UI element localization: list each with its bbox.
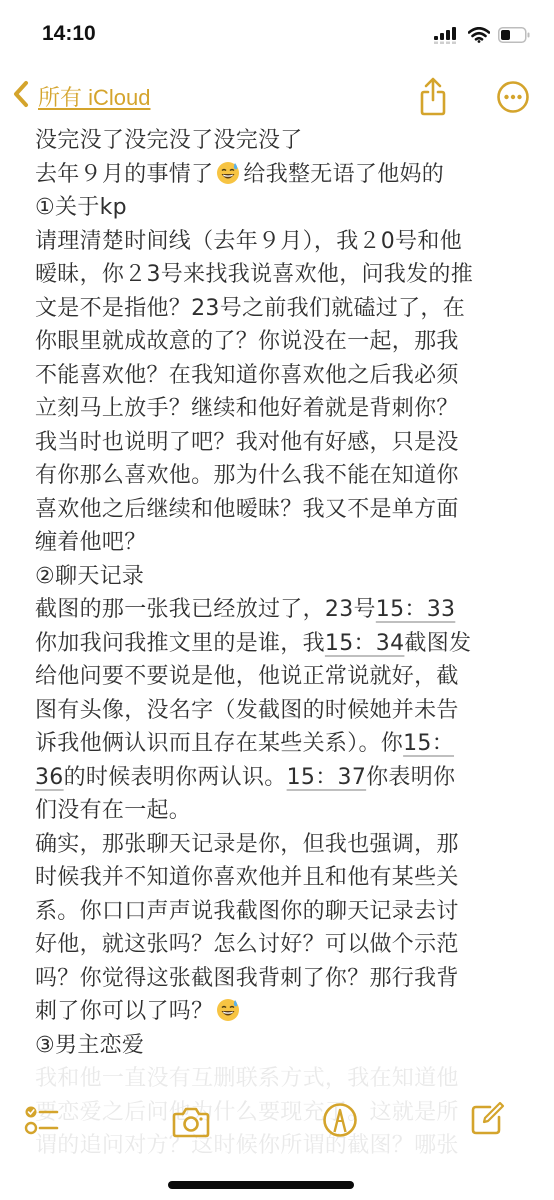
note-line: 缠着他吧？ bbox=[35, 526, 535, 560]
note-line: 喜欢他之后继续和他暧昧？我又不是单方面 bbox=[35, 493, 535, 527]
back-label: 所有 iCloud bbox=[38, 81, 150, 112]
note-line: 图有头像，没名字（发截图的时候她并未告 bbox=[35, 694, 535, 728]
note-text: 去年９月的事情了 bbox=[35, 162, 213, 187]
note-line: 刺了你可以了吗？ bbox=[35, 995, 535, 1029]
section-heading-1: ①关于kp bbox=[35, 191, 535, 225]
note-line: 你加我问我推文里的是谁，我15：34截图发 bbox=[35, 627, 535, 661]
markup-icon[interactable] bbox=[322, 1102, 358, 1142]
note-text: 的时候表明你两认识。 bbox=[64, 765, 287, 790]
note-text: 诉我他俩认识而且存在某些关系）。你 bbox=[35, 731, 403, 756]
note-line: 36的时候表明你两认识。15：37你表明你 bbox=[35, 761, 535, 795]
bottom-toolbar bbox=[0, 1100, 554, 1160]
note-line: 确实，那张聊天记录是你，但我也强调，那 bbox=[35, 828, 535, 862]
status-bar: 14:10 bbox=[0, 0, 554, 60]
checklist-icon[interactable] bbox=[24, 1104, 60, 1142]
note-line: 你眼里就成故意的了？你说没在一起，那我 bbox=[35, 325, 535, 359]
note-line: 暧昧，你２3号来找我说喜欢他，问我发的推 bbox=[35, 258, 535, 292]
note-line: 系。你口口声声说我截图你的聊天记录去讨 bbox=[35, 895, 535, 929]
battery-icon bbox=[498, 27, 530, 47]
section-heading-2: ②聊天记录 bbox=[35, 560, 535, 594]
note-text: 你表明你 bbox=[366, 765, 455, 790]
more-options-icon[interactable] bbox=[496, 80, 530, 118]
time-link[interactable]: 15：34 bbox=[325, 631, 405, 656]
note-line: 吗？你觉得这张截图我背刺了你？那行我背 bbox=[35, 962, 535, 996]
share-icon[interactable] bbox=[418, 76, 448, 120]
note-line: 给他问要不要说是他，他说正常说就好，截 bbox=[35, 660, 535, 694]
cellular-signal-icon bbox=[434, 26, 460, 48]
faded-note-line: 我和他一直没有互删联系方式，我在知道他 bbox=[35, 1062, 535, 1096]
status-time: 14:10 bbox=[42, 22, 96, 46]
note-body[interactable]: 没完没了没完没了没完没了 去年９月的事情了 给我整无语了他妈的 ①关于kp 请理… bbox=[35, 124, 535, 1163]
note-line: 截图的那一张我已经放过了，23号15：33 bbox=[35, 593, 535, 627]
note-line: 立刻马上放手？继续和他好着就是背刺你？ bbox=[35, 392, 535, 426]
compose-icon[interactable] bbox=[470, 1100, 506, 1140]
note-line: 去年９月的事情了 给我整无语了他妈的 bbox=[35, 158, 535, 192]
note-text: 你加我问我推文里的是谁，我 bbox=[35, 631, 325, 656]
section-heading-3: ③男主恋爱 bbox=[35, 1029, 535, 1063]
home-indicator bbox=[168, 1181, 354, 1189]
nav-bar: 所有 iCloud bbox=[0, 72, 554, 124]
note-line: 没完没了没完没了没完没了 bbox=[35, 124, 535, 158]
chevron-left-icon bbox=[12, 80, 30, 112]
note-text: 截图发 bbox=[404, 631, 471, 656]
time-link[interactable]: 15： bbox=[403, 731, 454, 756]
note-text: 给我整无语了他妈的 bbox=[243, 162, 444, 187]
time-link[interactable]: 36 bbox=[35, 765, 64, 790]
back-button[interactable]: 所有 iCloud bbox=[12, 80, 150, 112]
camera-icon[interactable] bbox=[172, 1106, 210, 1142]
note-line: 文是不是指他？23号之前我们就磕过了，在 bbox=[35, 292, 535, 326]
note-text: 刺了你可以了吗？ bbox=[35, 999, 213, 1024]
wifi-icon bbox=[468, 27, 490, 47]
sweat-smile-emoji-icon bbox=[216, 161, 240, 185]
note-line: 时候我并不知道你喜欢他并且和他有某些关 bbox=[35, 861, 535, 895]
note-text: 截图的那一张我已经放过了，23号 bbox=[35, 597, 376, 622]
note-line: 诉我他俩认识而且存在某些关系）。你15： bbox=[35, 727, 535, 761]
note-line: 们没有在一起。 bbox=[35, 794, 535, 828]
time-link[interactable]: 15：37 bbox=[287, 765, 367, 790]
note-line: 有你那么喜欢他。那为什么我不能在知道你 bbox=[35, 459, 535, 493]
note-line: 不能喜欢他？在我知道你喜欢他之后我必须 bbox=[35, 359, 535, 393]
note-line: 好他，就这张吗？怎么讨好？可以做个示范 bbox=[35, 928, 535, 962]
note-line: 我当时也说明了吧？我对他有好感，只是没 bbox=[35, 426, 535, 460]
status-icons bbox=[434, 26, 530, 48]
sweat-smile-emoji-icon bbox=[216, 998, 240, 1022]
note-line: 请理清楚时间线（去年９月），我２0号和他 bbox=[35, 225, 535, 259]
time-link[interactable]: 15：33 bbox=[376, 597, 456, 622]
